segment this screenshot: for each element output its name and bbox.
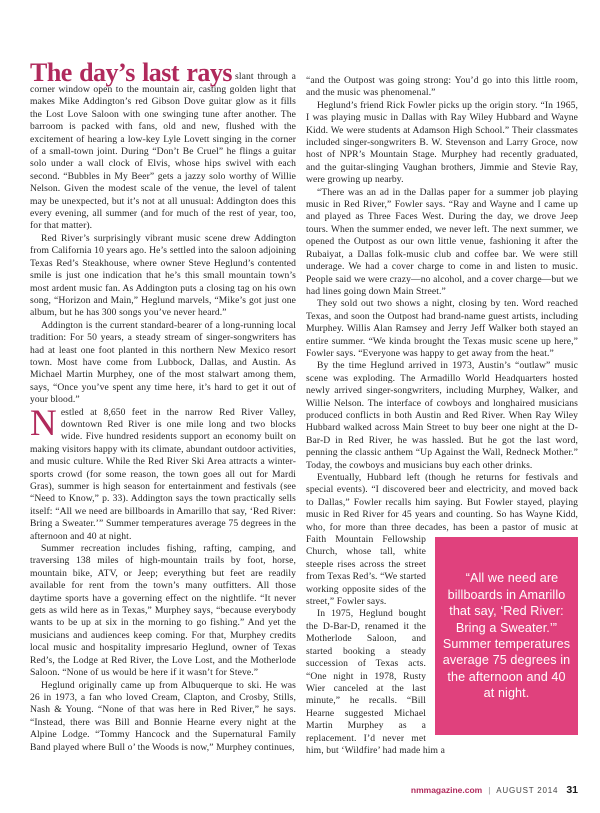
paragraph: Heglund’s friend Rick Fowler picks up th… [306,100,578,187]
footer-divider: | [488,786,490,795]
paragraph: Summer recreation includes fishing, raft… [30,543,296,679]
paragraph: Red River’s surprisingly vibrant music s… [30,233,296,320]
paragraph: “There was an ad in the Dallas paper for… [306,187,578,299]
paragraph-text: Eventually, Hubbard left (though he retu… [306,472,578,533]
paragraph: They sold out two shows a night, closing… [306,298,578,360]
left-column: The day’s last raysslant through a corne… [30,62,296,757]
paragraph: Addington is the current standard-bearer… [30,320,296,407]
page-footer: nmmagazine.com | AUGUST 2014 31 [411,784,578,796]
paragraph-text: Faith Mountain Fellowship Church, whose … [306,534,426,607]
article-body: The day’s last raysslant through a corne… [30,62,578,757]
pull-quote-box: “All we need are billboards in Amarillo … [435,537,578,735]
article-headline: The day’s last rays [30,58,235,87]
magazine-website: nmmagazine.com [411,785,482,795]
page-number: 31 [566,784,578,796]
paragraph: By the time Heglund arrived in 1973, Aus… [306,360,578,472]
intro-text: slant through a corner window open to th… [30,71,296,231]
magazine-page: The day’s last raysslant through a corne… [0,0,600,813]
dropcap-paragraph: Nestled at 8,650 feet in the narrow Red … [30,407,296,543]
wrap-paragraph: Eventually, Hubbard left (though he retu… [306,472,578,608]
intro-paragraph: The day’s last raysslant through a corne… [30,62,296,233]
right-column: “and the Outpost was going strong: You’d… [306,62,578,757]
paragraph-text: estled at 8,650 feet in the narrow Red R… [30,407,296,542]
pull-quote-text: “All we need are billboards in Amarillo … [442,570,571,701]
paragraph: “and the Outpost was going strong: You’d… [306,75,578,100]
drop-cap: N [30,407,61,439]
paragraph: Heglund originally came up from Albuquer… [30,680,296,754]
issue-date: AUGUST 2014 [496,786,558,795]
